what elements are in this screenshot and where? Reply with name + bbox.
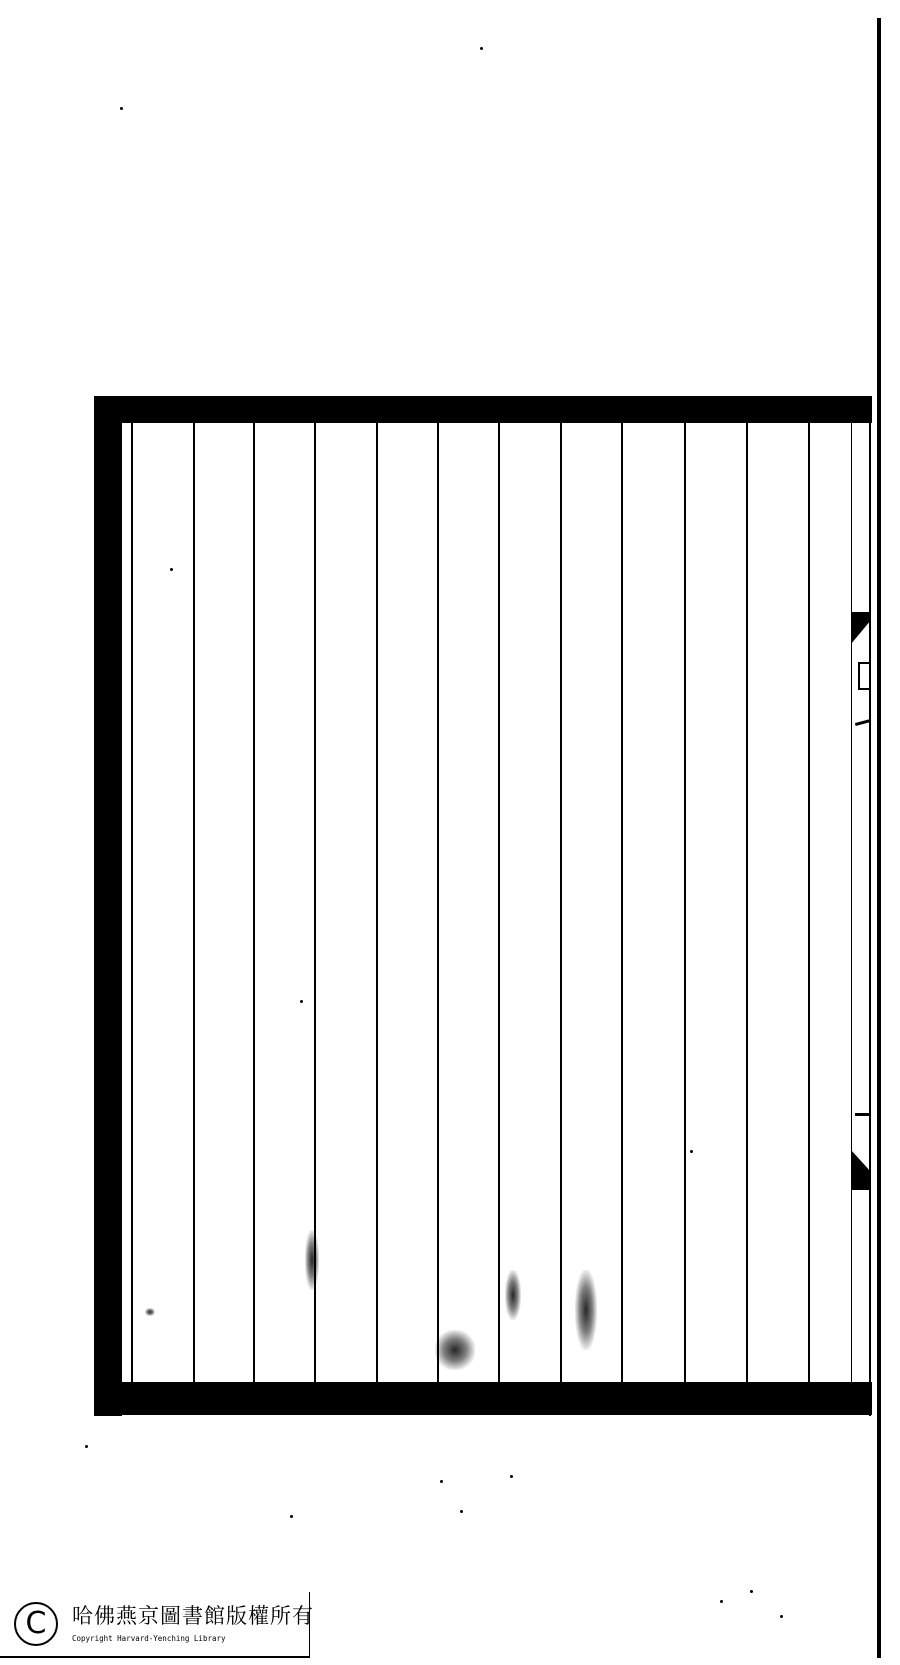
- copyright-notice: C 哈佛燕京圖書館版權所有 Copyright Harvard-Yenching…: [0, 1592, 310, 1658]
- ink-speck: [690, 1150, 693, 1153]
- copyright-english-text: Copyright Harvard-Yenching Library: [72, 1634, 226, 1643]
- ink-speck: [780, 1615, 783, 1618]
- column-line: [193, 423, 195, 1383]
- ink-stain: [575, 1270, 597, 1350]
- fish-tail-lower: [851, 1150, 871, 1190]
- ink-speck: [480, 47, 483, 50]
- frame-border-top: [94, 396, 872, 423]
- ink-speck: [750, 1590, 753, 1593]
- ink-speck: [510, 1475, 513, 1478]
- ink-stain: [505, 1270, 521, 1320]
- column-line: [560, 423, 562, 1383]
- column-line: [376, 423, 378, 1383]
- ink-stain: [98, 1240, 116, 1270]
- ink-stain: [305, 1230, 319, 1290]
- ink-speck: [460, 1510, 463, 1513]
- frame-border-bottom: [100, 1382, 872, 1415]
- ink-stain: [145, 1308, 155, 1316]
- banxin-dash-lower: [855, 1113, 871, 1116]
- column-line: [621, 423, 623, 1383]
- ink-speck: [170, 568, 173, 571]
- banxin-line: [851, 423, 852, 1383]
- column-line: [253, 423, 255, 1383]
- banxin-mark-icon: [858, 662, 870, 690]
- page-edge-rule: [877, 18, 881, 1658]
- column-line: [808, 423, 810, 1383]
- column-line: [131, 423, 133, 1383]
- frame-border-right: [869, 396, 871, 1416]
- copyright-chinese-text: 哈佛燕京圖書館版權所有: [72, 1600, 314, 1630]
- ink-speck: [300, 1000, 303, 1003]
- ink-speck: [720, 1600, 723, 1603]
- ink-speck: [85, 1445, 88, 1448]
- fish-tail-upper: [851, 612, 871, 644]
- column-line: [498, 423, 500, 1383]
- column-line: [437, 423, 439, 1383]
- copyright-icon: C: [14, 1602, 58, 1646]
- ink-speck: [440, 1480, 443, 1483]
- ink-stain: [435, 1330, 475, 1370]
- ink-speck: [120, 107, 123, 110]
- scanned-page: C 哈佛燕京圖書館版權所有 Copyright Harvard-Yenching…: [0, 0, 900, 1665]
- column-line: [746, 423, 748, 1383]
- column-line: [684, 423, 686, 1383]
- ink-speck: [290, 1515, 293, 1518]
